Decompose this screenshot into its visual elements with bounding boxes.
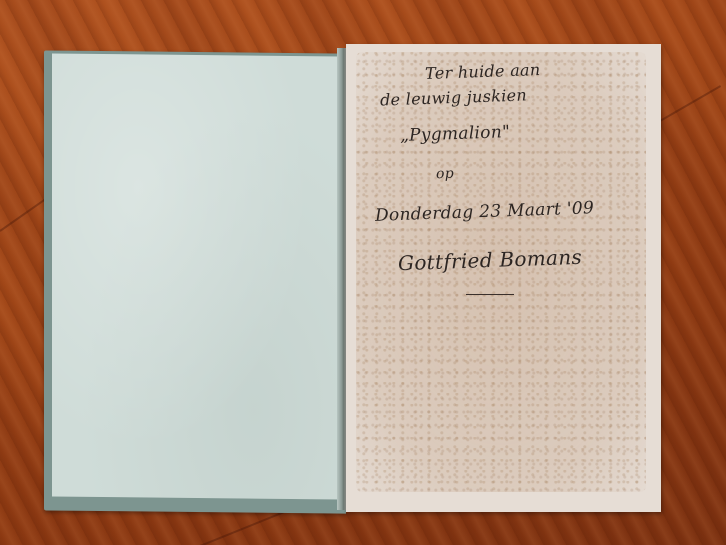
floor-seam (660, 85, 722, 122)
inscription-title: „Pygmalion" (400, 122, 511, 146)
left-pastedown-page (52, 53, 340, 499)
inscription-line-4: op (436, 166, 455, 183)
signature-underline (466, 294, 514, 295)
inscription-line-1: Ter huide aan (425, 60, 541, 83)
floor-seam (0, 196, 50, 232)
